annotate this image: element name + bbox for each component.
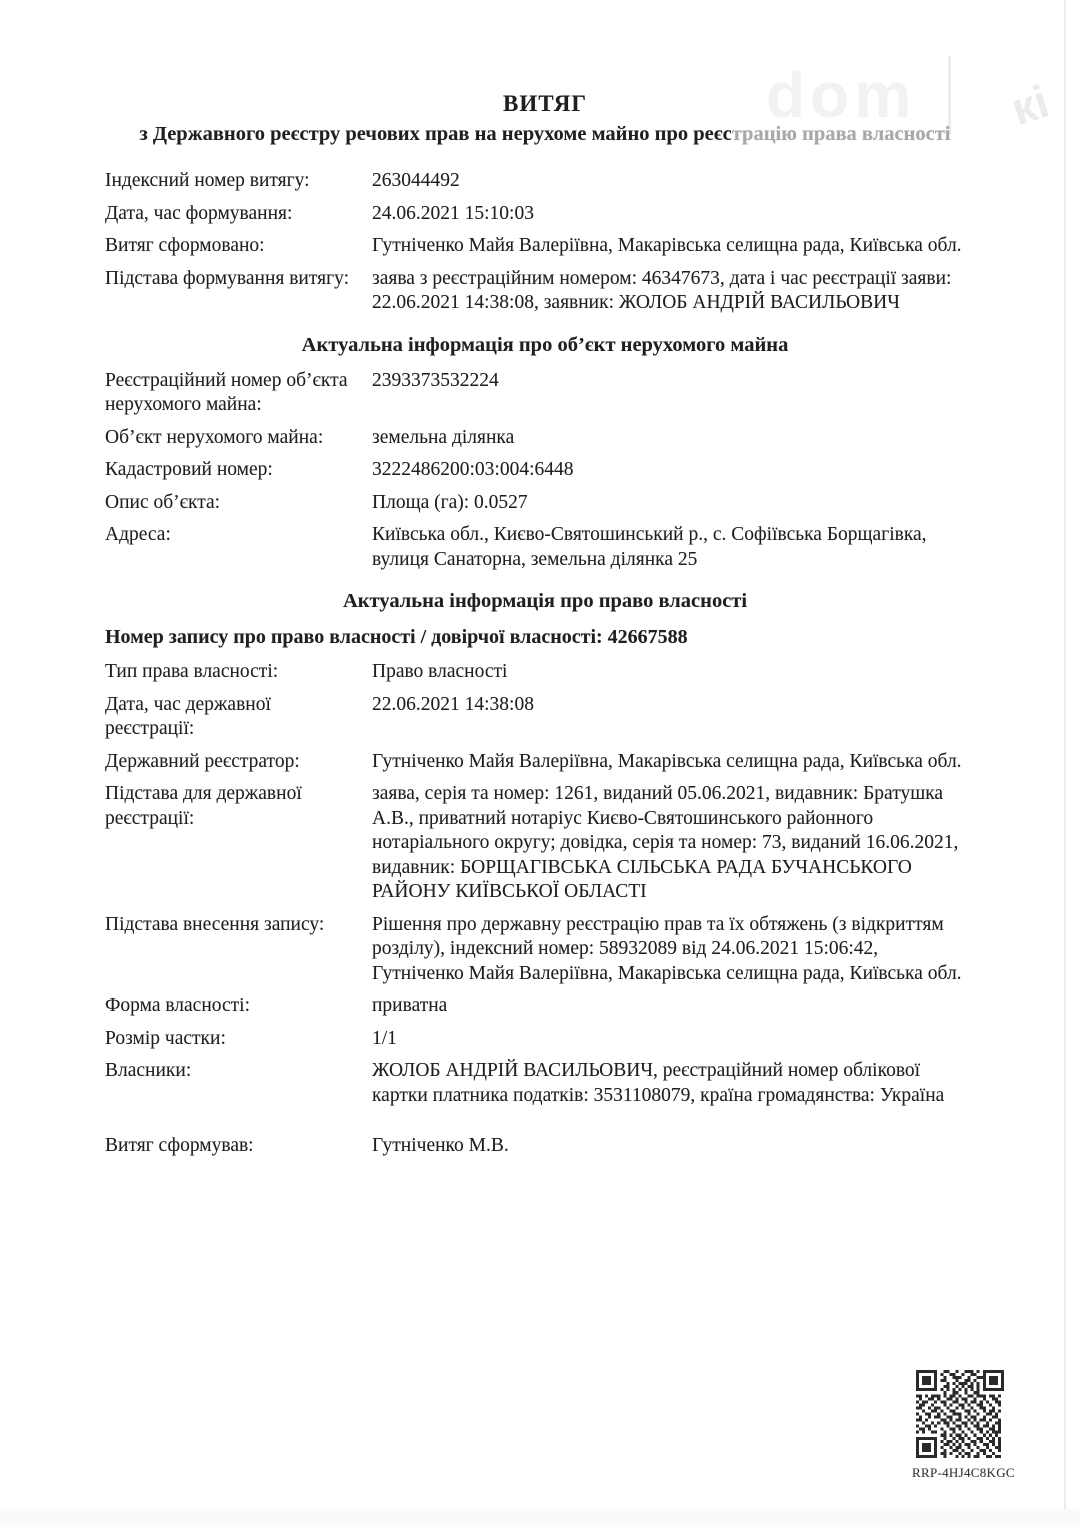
field-label: Витяг сформував:	[105, 1134, 372, 1159]
ownership-record-number-line: Номер запису про право власності / довір…	[105, 625, 985, 650]
field-value: 3222486200:03:004:6448	[372, 458, 968, 483]
field-value: приватна	[372, 994, 968, 1019]
extract-info-section: Індексний номер витягу: 263044492 Дата, …	[105, 169, 985, 316]
field-label: Витяг сформовано:	[105, 234, 372, 259]
qr-code-image	[916, 1370, 1004, 1458]
row-registration-basis: Підстава для державної реєстрації: заява…	[105, 782, 985, 905]
field-label: Опис об’єкта:	[105, 491, 372, 516]
field-value: Гутніченко М.В.	[372, 1134, 968, 1159]
field-value: Право власності	[372, 660, 968, 685]
row-address: Адреса: Київська обл., Києво-Святошинськ…	[105, 523, 985, 572]
object-section: Реєстраційний номер об’єкта нерухомого м…	[105, 369, 985, 573]
ownership-section: Тип права власності: Право власності Дат…	[105, 660, 985, 1108]
field-value: 24.06.2021 15:10:03	[372, 202, 968, 227]
document-subtitle: з Державного реєстру речових прав на нер…	[105, 121, 985, 148]
field-label: Об’єкт нерухомого майна:	[105, 426, 372, 451]
qr-block: RRP-4HJ4C8KGC	[912, 1370, 1008, 1481]
scan-bottom-shadow	[0, 1509, 1080, 1525]
row-registration-number: Реєстраційний номер об’єкта нерухомого м…	[105, 369, 985, 418]
field-value: 263044492	[372, 169, 968, 194]
field-value: 22.06.2021 14:38:08	[372, 693, 968, 742]
field-label: Реєстраційний номер об’єкта нерухомого м…	[105, 369, 372, 418]
row-formation-basis: Підстава формування витягу: заява з реєс…	[105, 267, 985, 316]
document-subtitle-faded: трацію права власності	[732, 123, 951, 145]
field-value: Київська обл., Києво-Святошинський р., с…	[372, 523, 968, 572]
field-label: Розмір частки:	[105, 1027, 372, 1052]
document-title: ВИТЯГ	[105, 90, 985, 118]
field-value: Гутніченко Майя Валеріївна, Макарівська …	[372, 234, 968, 259]
scanned-document-page: dom кі ВИТЯГ з Державного реєстру речови…	[0, 0, 1080, 1525]
object-section-heading: Актуальна інформація про об’єкт нерухомо…	[105, 332, 985, 358]
row-extract-author: Витяг сформував: Гутніченко М.В.	[105, 1134, 985, 1159]
field-label: Державний реєстратор:	[105, 750, 372, 775]
document-content: ВИТЯГ з Державного реєстру речових прав …	[105, 90, 985, 1167]
row-state-registrar: Державний реєстратор: Гутніченко Майя Ва…	[105, 750, 985, 775]
watermark-corner-fragment: кі	[1005, 74, 1056, 136]
document-subtitle-main: з Державного реєстру речових прав на нер…	[139, 123, 731, 145]
ownership-section-heading: Актуальна інформація про право власності	[105, 588, 985, 614]
field-value: заява з реєстраційним номером: 46347673,…	[372, 267, 968, 316]
field-label: Підстава для державної реєстрації:	[105, 782, 372, 905]
field-label: Індексний номер витягу:	[105, 169, 372, 194]
field-value: заява, серія та номер: 1261, виданий 05.…	[372, 782, 968, 905]
field-label: Форма власності:	[105, 994, 372, 1019]
row-state-registration-datetime: Дата, час державної реєстрації: 22.06.20…	[105, 693, 985, 742]
field-value: ЖОЛОБ АНДРІЙ ВАСИЛЬОВИЧ, реєстраційний н…	[372, 1059, 968, 1108]
row-ownership-form: Форма власності: приватна	[105, 994, 985, 1019]
field-value: Гутніченко Майя Валеріївна, Макарівська …	[372, 750, 968, 775]
scan-edge-line	[1064, 0, 1066, 1525]
field-label: Підстава внесення запису:	[105, 913, 372, 987]
row-property-object: Об’єкт нерухомого майна: земельна ділянк…	[105, 426, 985, 451]
field-value: земельна ділянка	[372, 426, 968, 451]
row-owners: Власники: ЖОЛОБ АНДРІЙ ВАСИЛЬОВИЧ, реєст…	[105, 1059, 985, 1108]
field-value: Площа (га): 0.0527	[372, 491, 968, 516]
row-object-description: Опис об’єкта: Площа (га): 0.0527	[105, 491, 985, 516]
field-value: Рішення про державну реєстрацію прав та …	[372, 913, 968, 987]
row-record-entry-basis: Підстава внесення запису: Рішення про де…	[105, 913, 985, 987]
row-ownership-type: Тип права власності: Право власності	[105, 660, 985, 685]
field-label: Дата, час формування:	[105, 202, 372, 227]
field-label: Тип права власності:	[105, 660, 372, 685]
field-value: 2393373532224	[372, 369, 968, 418]
field-label: Адреса:	[105, 523, 372, 572]
qr-code-label: RRP-4HJ4C8KGC	[912, 1465, 1008, 1481]
row-formed-by: Витяг сформовано: Гутніченко Майя Валері…	[105, 234, 985, 259]
row-cadastral-number: Кадастровий номер: 3222486200:03:004:644…	[105, 458, 985, 483]
field-label: Підстава формування витягу:	[105, 267, 372, 316]
field-value: 1/1	[372, 1027, 968, 1052]
row-share-size: Розмір частки: 1/1	[105, 1027, 985, 1052]
field-label: Дата, час державної реєстрації:	[105, 693, 372, 742]
row-index-number: Індексний номер витягу: 263044492	[105, 169, 985, 194]
field-label: Власники:	[105, 1059, 372, 1108]
field-label: Кадастровий номер:	[105, 458, 372, 483]
row-formation-datetime: Дата, час формування: 24.06.2021 15:10:0…	[105, 202, 985, 227]
